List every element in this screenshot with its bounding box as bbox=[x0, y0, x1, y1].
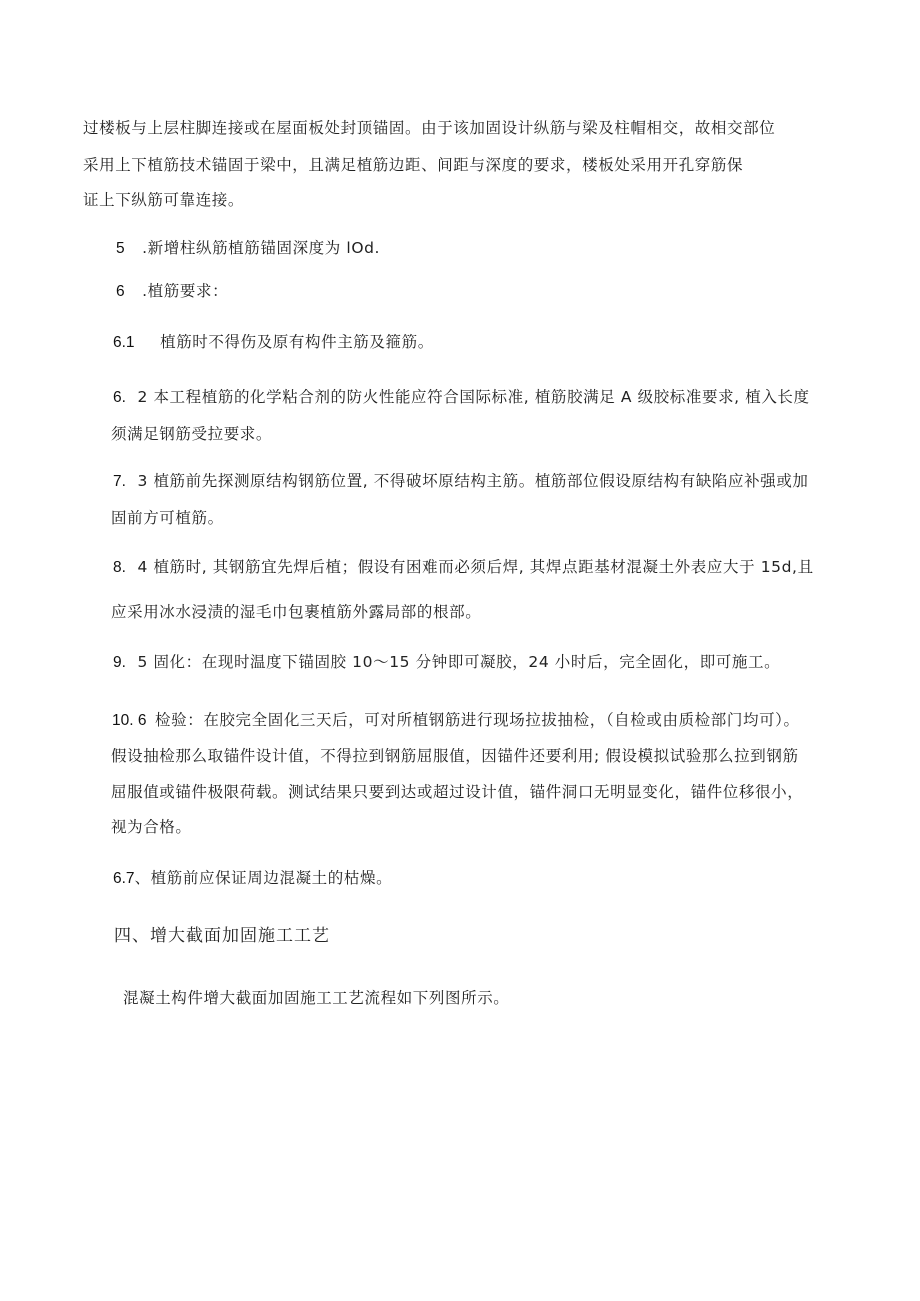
section-4-heading: 四、增大截面加固施工工艺 bbox=[114, 925, 330, 947]
item-10-6-line-3: 屈服值或锚件极限荷载。测试结果只要到达或超过设计值，锚件洞口无明显变化，锚件位移… bbox=[111, 782, 803, 802]
item-9-5-number: 9. bbox=[113, 653, 126, 673]
item-6-1-text: 植筋时不得伤及原有构件主筋及箍筋。 bbox=[160, 333, 434, 351]
item-10-6-line-2: 假设抽检那么取锚件设计值，不得拉到钢筋屈服值，因锚件还要利用; 假设模拟试验那么… bbox=[111, 746, 799, 766]
item-6-2-line-1: 6. 2 本工程植筋的化学粘合剂的防火性能应符合国际标准, 植筋胶满足 A 级胶… bbox=[113, 387, 810, 408]
item-6-2-line-2: 须满足钢筋受拉要求。 bbox=[111, 424, 272, 444]
item-8-4-line-1: 8. 4 植筋时, 其钢筋宜先焊后植；假设有困难而必须后焊, 其焊点距基材混凝土… bbox=[113, 557, 814, 578]
item-5-text: .新增柱纵筋植筋锚固深度为 lOd. bbox=[142, 239, 380, 257]
item-7-3-line-1: 7. 3 植筋前先探测原结构钢筋位置, 不得破坏原结构主筋。植筋部位假设原结构有… bbox=[113, 471, 809, 492]
item-5-number: 5 bbox=[116, 239, 125, 259]
item-10-6-line-4: 视为合格。 bbox=[111, 817, 192, 837]
item-6: 6 .植筋要求： bbox=[116, 281, 228, 302]
item-6-number: 6 bbox=[116, 282, 125, 302]
intro-line-2: 采用上下植筋技术锚固于梁中，且满足植筋边距、间距与深度的要求，楼板处采用开孔穿筋… bbox=[83, 155, 743, 175]
item-6-1-number: 6.1 bbox=[113, 333, 135, 353]
item-9-5: 9. 5 固化：在现时温度下锚固胶 10～15 分钟即可凝胶，24 小时后，完全… bbox=[113, 652, 780, 673]
item-10-6-text-1: 检验：在胶完全固化三天后，可对所植钢筋进行现场拉拔抽检，（自检或由质检部门均可）… bbox=[155, 711, 800, 729]
item-7-3-number: 7. bbox=[113, 472, 126, 492]
item-9-5-text: 5 固化：在现时温度下锚固胶 10～15 分钟即可凝胶，24 小时后，完全固化，… bbox=[137, 653, 780, 671]
item-6-1: 6.1 植筋时不得伤及原有构件主筋及箍筋。 bbox=[113, 332, 434, 353]
intro-line-3: 证上下纵筋可靠连接。 bbox=[83, 190, 244, 210]
document-page: 过楼板与上层柱脚连接或在屋面板处封顶锚固。由于该加固设计纵筋与梁及柱帽相交，故相… bbox=[0, 0, 920, 1301]
intro-line-1: 过楼板与上层柱脚连接或在屋面板处封顶锚固。由于该加固设计纵筋与梁及柱帽相交，故相… bbox=[83, 118, 775, 138]
item-7-3-line-2: 固前方可植筋。 bbox=[111, 508, 224, 528]
item-8-4-text-1: 4 植筋时, 其钢筋宜先焊后植；假设有困难而必须后焊, 其焊点距基材混凝土外表应… bbox=[137, 558, 813, 576]
item-6-7: 6.7、植筋前应保证周边混凝土的枯燥。 bbox=[113, 868, 392, 889]
item-5: 5 .新增柱纵筋植筋锚固深度为 lOd. bbox=[116, 238, 380, 259]
item-6-7-text: 、植筋前应保证周边混凝土的枯燥。 bbox=[135, 869, 393, 887]
item-6-2-number: 6. bbox=[113, 388, 126, 408]
item-10-6-number: 10. 6 bbox=[112, 711, 146, 731]
item-8-4-number: 8. bbox=[113, 558, 126, 578]
item-6-text: .植筋要求： bbox=[142, 282, 228, 300]
section-4-caption: 混凝土构件增大截面加固施工工艺流程如下列图所示。 bbox=[123, 988, 509, 1008]
item-8-4-line-2: 应采用冰水浸渍的湿毛巾包裹植筋外露局部的根部。 bbox=[111, 602, 481, 622]
item-6-7-number: 6.7 bbox=[113, 869, 135, 889]
item-6-2-text-1: 2 本工程植筋的化学粘合剂的防火性能应符合国际标准, 植筋胶满足 A 级胶标准要… bbox=[137, 388, 809, 406]
item-7-3-text-1: 3 植筋前先探测原结构钢筋位置, 不得破坏原结构主筋。植筋部位假设原结构有缺陷应… bbox=[137, 472, 808, 490]
item-10-6-line-1: 10. 6 检验：在胶完全固化三天后，可对所植钢筋进行现场拉拔抽检，（自检或由质… bbox=[112, 710, 800, 731]
